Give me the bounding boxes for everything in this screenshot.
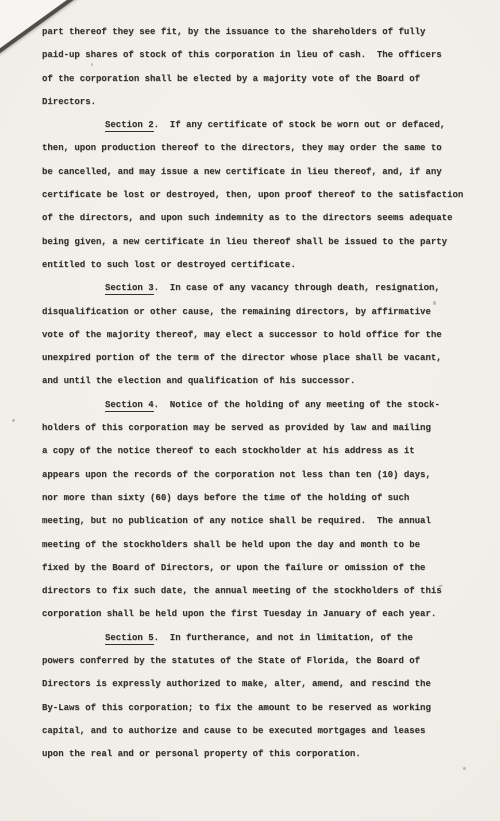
text-line: vote of the majority thereof, may elect … (42, 324, 480, 347)
section-heading: Section 3 (105, 283, 154, 295)
text-line: holders of this corporation may be serve… (42, 417, 480, 440)
scanned-document-page: part thereof they see fit, by the issuan… (0, 0, 500, 821)
text-line: of the directors, and upon such indemnit… (42, 207, 480, 230)
scan-speckle (463, 767, 466, 770)
text-line: powers conferred by the statutes of the … (42, 650, 480, 673)
text-line: being given, a new certificate in lieu t… (42, 231, 480, 254)
text-line: Section 2. If any certificate of stock b… (42, 114, 480, 137)
section-heading: Section 2 (105, 120, 154, 132)
text-line: upon the real and or personal property o… (42, 743, 480, 766)
text-line: paid-up shares of stock of this corporat… (42, 44, 480, 67)
text-line: fixed by the Board of Directors, or upon… (42, 557, 480, 580)
text-line: disqualification or other cause, the rem… (42, 301, 480, 324)
section-first-line-text: . Notice of the holding of any meeting o… (154, 400, 440, 410)
text-line: corporation shall be held upon the first… (42, 603, 480, 626)
text-line: entitled to such lost or destroyed certi… (42, 254, 480, 277)
text-line: part thereof they see fit, by the issuan… (42, 21, 480, 44)
text-line: a copy of the notice thereof to each sto… (42, 440, 480, 463)
text-line: meeting, but no publication of any notic… (42, 510, 480, 533)
text-line: capital, and to authorize and cause to b… (42, 720, 480, 743)
text-line: By-Laws of this corporation; to fix the … (42, 697, 480, 720)
text-line: directors to fix such date, the annual m… (42, 580, 480, 603)
text-line: Section 4. Notice of the holding of any … (42, 394, 480, 417)
text-line: Directors is expressly authorized to mak… (42, 673, 480, 696)
scan-speckle (433, 301, 436, 305)
text-line: then, upon production thereof to the dir… (42, 137, 480, 160)
text-line: unexpired portion of the term of the dir… (42, 347, 480, 370)
section-first-line-text: . In furtherance, and not in limitation,… (154, 633, 413, 643)
scan-speckle (12, 419, 15, 422)
text-line: appears upon the records of the corporat… (42, 464, 480, 487)
text-line: and until the election and qualification… (42, 370, 480, 393)
text-line: Directors. (42, 91, 480, 114)
text-line: nor more than sixty (60) days before the… (42, 487, 480, 510)
text-line: be cancelled, and may issue a new certif… (42, 161, 480, 184)
text-line: meeting of the stockholders shall be hel… (42, 534, 480, 557)
text-line: Section 3. In case of any vacancy throug… (42, 277, 480, 300)
text-line: of the corporation shall be elected by a… (42, 68, 480, 91)
section-heading: Section 5 (105, 633, 154, 645)
section-first-line-text: . If any certificate of stock be worn ou… (154, 120, 446, 130)
section-heading: Section 4 (105, 400, 154, 412)
text-line: certificate be lost or destroyed, then, … (42, 184, 480, 207)
document-text: part thereof they see fit, by the issuan… (42, 21, 480, 767)
scan-speckle (91, 63, 93, 66)
text-line: Section 5. In furtherance, and not in li… (42, 627, 480, 650)
section-first-line-text: . In case of any vacancy through death, … (154, 283, 440, 293)
